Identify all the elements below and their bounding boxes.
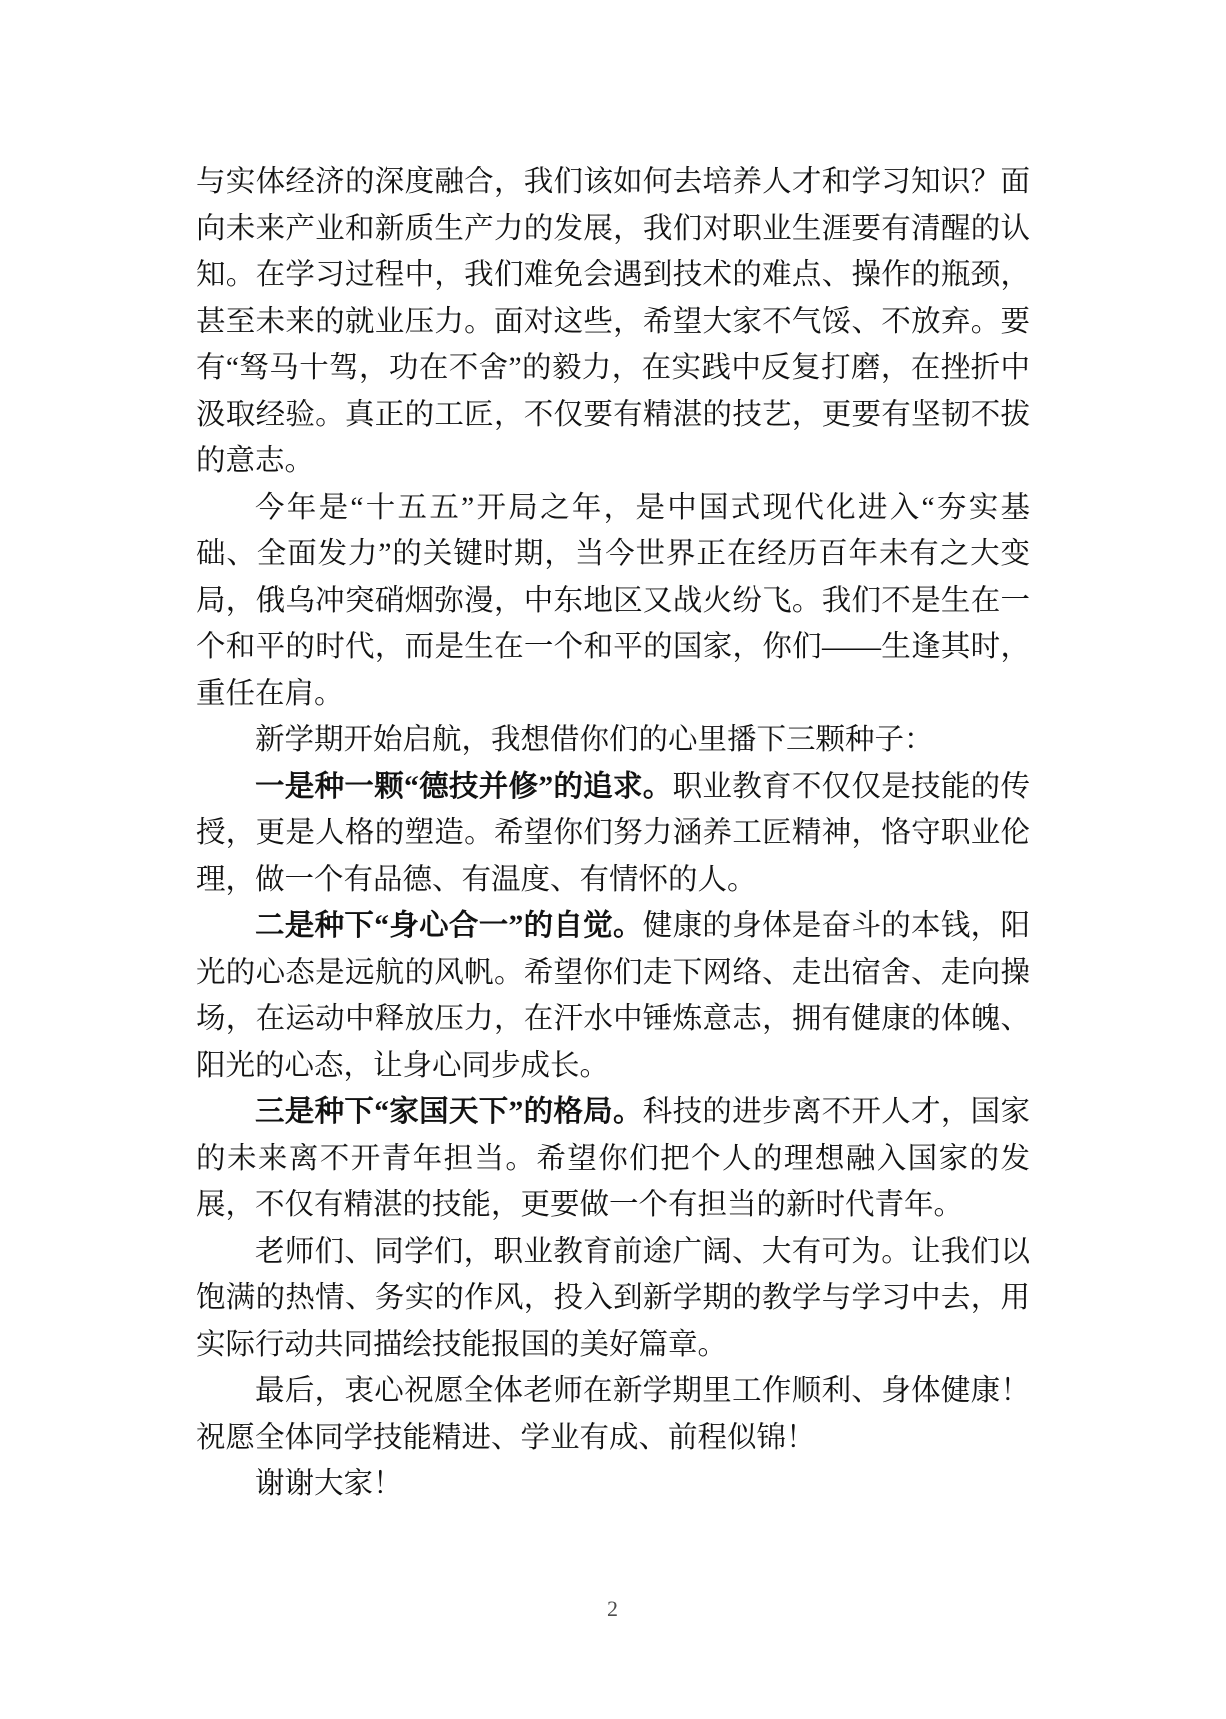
paragraph-7: 老师们、同学们，职业教育前途广阔、大有可为。让我们以饱满的热情、务实的作风，投入… — [196, 1229, 1030, 1369]
paragraph-5-bold-lead: 二是种下“身心合一”的自觉。 — [255, 910, 643, 942]
paragraph-2: 今年是“十五五”开局之年，是中国式现代化进入“夯实基础、全面发力”的关键时期，当… — [196, 485, 1030, 718]
paragraph-9: 谢谢大家！ — [196, 1461, 1030, 1508]
paragraph-1-text: 与实体经济的深度融合，我们该如何去培养人才和学习知识？面向未来产业和新质生产力的… — [196, 166, 1030, 477]
paragraph-7-text: 老师们、同学们，职业教育前途广阔、大有可为。让我们以饱满的热情、务实的作风，投入… — [196, 1236, 1030, 1361]
paragraph-4-bold-lead: 一是种一颗“德技并修”的追求。 — [255, 771, 673, 803]
paragraph-6: 三是种下“家国天下”的格局。科技的进步离不开人才，国家的未来离不开青年担当。希望… — [196, 1089, 1030, 1229]
page-number: 2 — [607, 1596, 619, 1621]
paragraph-3-text: 新学期开始启航，我想借你们的心里播下三颗种子： — [255, 724, 934, 756]
page-footer: 2 — [0, 1596, 1226, 1622]
paragraph-8-text: 最后，衷心祝愿全体老师在新学期里工作顺利、身体健康！祝愿全体同学技能精进、学业有… — [196, 1375, 1030, 1454]
paragraph-8: 最后，衷心祝愿全体老师在新学期里工作顺利、身体健康！祝愿全体同学技能精进、学业有… — [196, 1368, 1030, 1461]
paragraph-4: 一是种一颗“德技并修”的追求。职业教育不仅仅是技能的传授，更是人格的塑造。希望你… — [196, 764, 1030, 904]
paragraph-6-bold-lead: 三是种下“家国天下”的格局。 — [255, 1096, 643, 1128]
paragraph-3: 新学期开始启航，我想借你们的心里播下三颗种子： — [196, 717, 1030, 764]
document-page: 与实体经济的深度融合，我们该如何去培养人才和学习知识？面向未来产业和新质生产力的… — [0, 0, 1226, 1719]
document-body: 与实体经济的深度融合，我们该如何去培养人才和学习知识？面向未来产业和新质生产力的… — [196, 159, 1030, 1508]
paragraph-2-text: 今年是“十五五”开局之年，是中国式现代化进入“夯实基础、全面发力”的关键时期，当… — [196, 492, 1030, 710]
paragraph-9-text: 谢谢大家！ — [255, 1468, 403, 1500]
paragraph-5: 二是种下“身心合一”的自觉。健康的身体是奋斗的本钱，阳光的心态是远航的风帆。希望… — [196, 903, 1030, 1089]
paragraph-1: 与实体经济的深度融合，我们该如何去培养人才和学习知识？面向未来产业和新质生产力的… — [196, 159, 1030, 485]
